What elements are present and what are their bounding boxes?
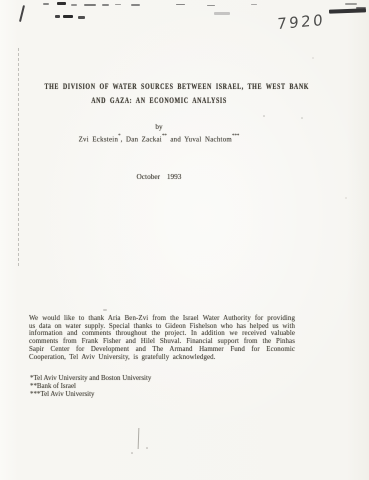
footnote-1: *Tel Aviv University and Boston Universi… xyxy=(30,375,151,383)
author-3-affiliation-mark: *** xyxy=(232,133,239,139)
publication-date: October 1993 xyxy=(0,172,318,181)
scanned-paper-page: { "doc": { "handwritten_number": "7920",… xyxy=(0,0,369,480)
page-content: THE DIVISION OF WATER SOURCES BETWEEN IS… xyxy=(0,0,318,480)
authors-line: Zvi Eckstein*, Dan Zackai** and Yuval Na… xyxy=(8,134,310,143)
paper-title-line-2: AND GAZA: AN ECONOMIC ANALYSIS xyxy=(45,96,274,105)
scan-artifact-corner-streak xyxy=(356,7,366,9)
footnote-3: ***Tel Aviv University xyxy=(30,391,151,399)
byline: by xyxy=(0,123,318,131)
acknowledgment-paragraph: We would like to thank Aria Ben-Zvi from… xyxy=(29,315,295,361)
author-2-name: Dan Zackai xyxy=(126,135,162,143)
author-conjunction: and xyxy=(167,135,184,143)
author-2-affiliation-mark: ** xyxy=(162,133,167,139)
paper-title-line-1: THE DIVISION OF WATER SOURCES BETWEEN IS… xyxy=(45,82,274,91)
author-3-name: Yuval Nachtom xyxy=(184,135,232,143)
scan-speck xyxy=(345,197,347,199)
author-1-name: Zvi Eckstein xyxy=(79,135,119,143)
scan-artifact-corner-streak xyxy=(345,3,357,5)
affiliation-footnotes: *Tel Aviv University and Boston Universi… xyxy=(30,375,151,399)
author-1-affiliation-mark: * xyxy=(118,133,120,139)
footnote-2: **Bank of Israel xyxy=(30,383,151,391)
